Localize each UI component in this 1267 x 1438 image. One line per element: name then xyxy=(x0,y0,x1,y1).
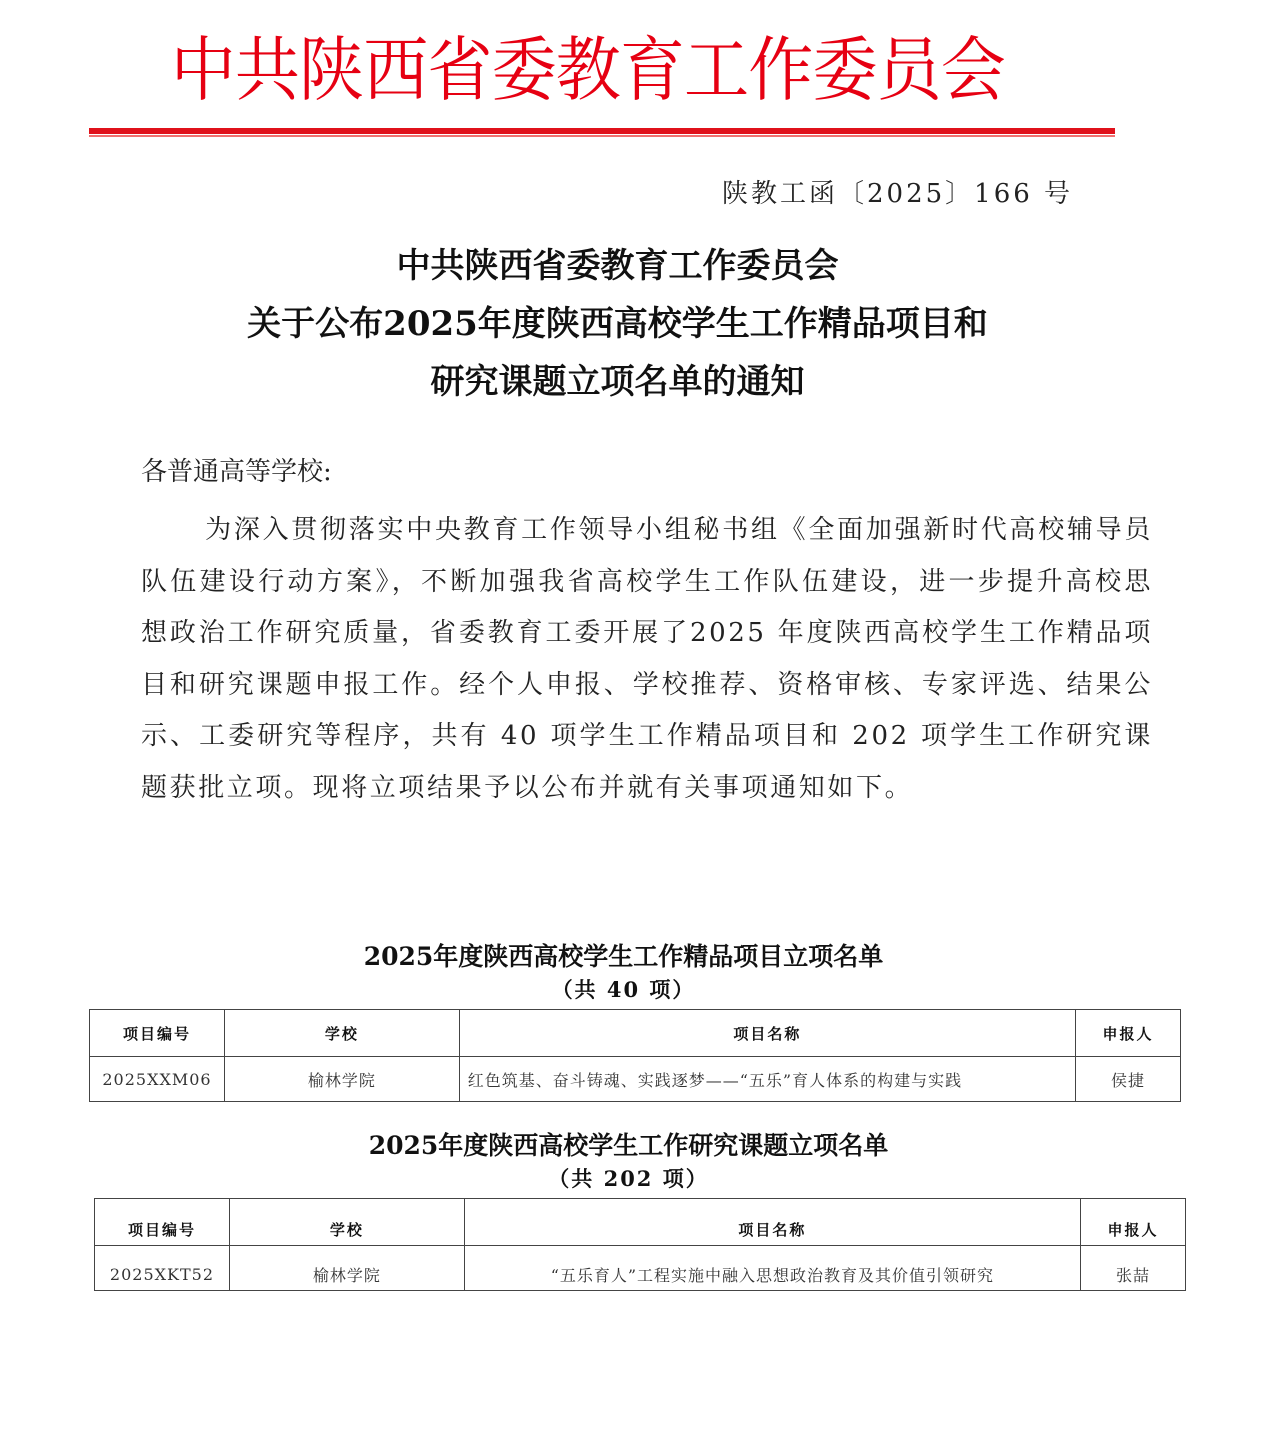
body-paragraph: 为深入贯彻落实中央教育工作领导小组秘书组《全面加强新时代高校辅导员队伍建设行动方… xyxy=(141,505,1153,814)
masthead-title: 中共陕西省委教育工作委员会 xyxy=(160,30,1016,110)
table1-subtitle: （共 40 项） xyxy=(0,976,1257,1004)
table-row: 2025XXM06 榆林学院 红色筑基、奋斗铸魂、实践逐梦——“五乐”育人体系的… xyxy=(90,1057,1181,1102)
document-title-line-3: 研究课题立项名单的通知 xyxy=(0,360,1251,404)
cell-project-id: 2025XXM06 xyxy=(90,1057,225,1102)
cell-project-name: “五乐育人”工程实施中融入思想政治教育及其价值引领研究 xyxy=(464,1246,1080,1291)
cell-school: 榆林学院 xyxy=(229,1246,464,1291)
table1-title: 2025年度陕西高校学生工作精品项目立项名单 xyxy=(0,941,1257,973)
header-project-name: 项目名称 xyxy=(459,1010,1075,1057)
header-project-id: 项目编号 xyxy=(90,1010,225,1057)
document-title-line-2: 关于公布2025年度陕西高校学生工作精品项目和 xyxy=(0,302,1251,346)
cell-school: 榆林学院 xyxy=(224,1057,459,1102)
header-project-id: 项目编号 xyxy=(95,1199,230,1246)
cell-applicant: 侯捷 xyxy=(1076,1057,1181,1102)
red-header-rule xyxy=(89,128,1115,134)
header-school: 学校 xyxy=(229,1199,464,1246)
red-header-rule-thin xyxy=(89,135,1115,137)
salutation: 各普通高等学校: xyxy=(141,452,332,492)
header-school: 学校 xyxy=(224,1010,459,1057)
table2-header-row: 项目编号 学校 项目名称 申报人 xyxy=(95,1199,1186,1246)
table1-header-row: 项目编号 学校 项目名称 申报人 xyxy=(90,1010,1181,1057)
table2-subtitle: （共 202 项） xyxy=(0,1165,1262,1193)
cell-project-name: 红色筑基、奋斗铸魂、实践逐梦——“五乐”育人体系的构建与实践 xyxy=(459,1057,1075,1102)
table-row: 2025XKT52 榆林学院 “五乐育人”工程实施中融入思想政治教育及其价值引领… xyxy=(95,1246,1186,1291)
table1-project-list: 项目编号 学校 项目名称 申报人 2025XXM06 榆林学院 红色筑基、奋斗铸… xyxy=(89,1009,1181,1102)
cell-applicant: 张喆 xyxy=(1081,1246,1186,1291)
table2-title: 2025年度陕西高校学生工作研究课题立项名单 xyxy=(0,1130,1262,1162)
document-number: 陕教工函〔2025〕166 号 xyxy=(722,176,1073,212)
body-paragraph-text: 为深入贯彻落实中央教育工作领导小组秘书组《全面加强新时代高校辅导员队伍建设行动方… xyxy=(141,515,1153,803)
header-project-name: 项目名称 xyxy=(464,1199,1080,1246)
header-applicant: 申报人 xyxy=(1076,1010,1181,1057)
cell-project-id: 2025XKT52 xyxy=(95,1246,230,1291)
document-title-line-1: 中共陕西省委教育工作委员会 xyxy=(0,244,1251,288)
header-applicant: 申报人 xyxy=(1081,1199,1186,1246)
table2-research-list: 项目编号 学校 项目名称 申报人 2025XKT52 榆林学院 “五乐育人”工程… xyxy=(94,1198,1186,1291)
